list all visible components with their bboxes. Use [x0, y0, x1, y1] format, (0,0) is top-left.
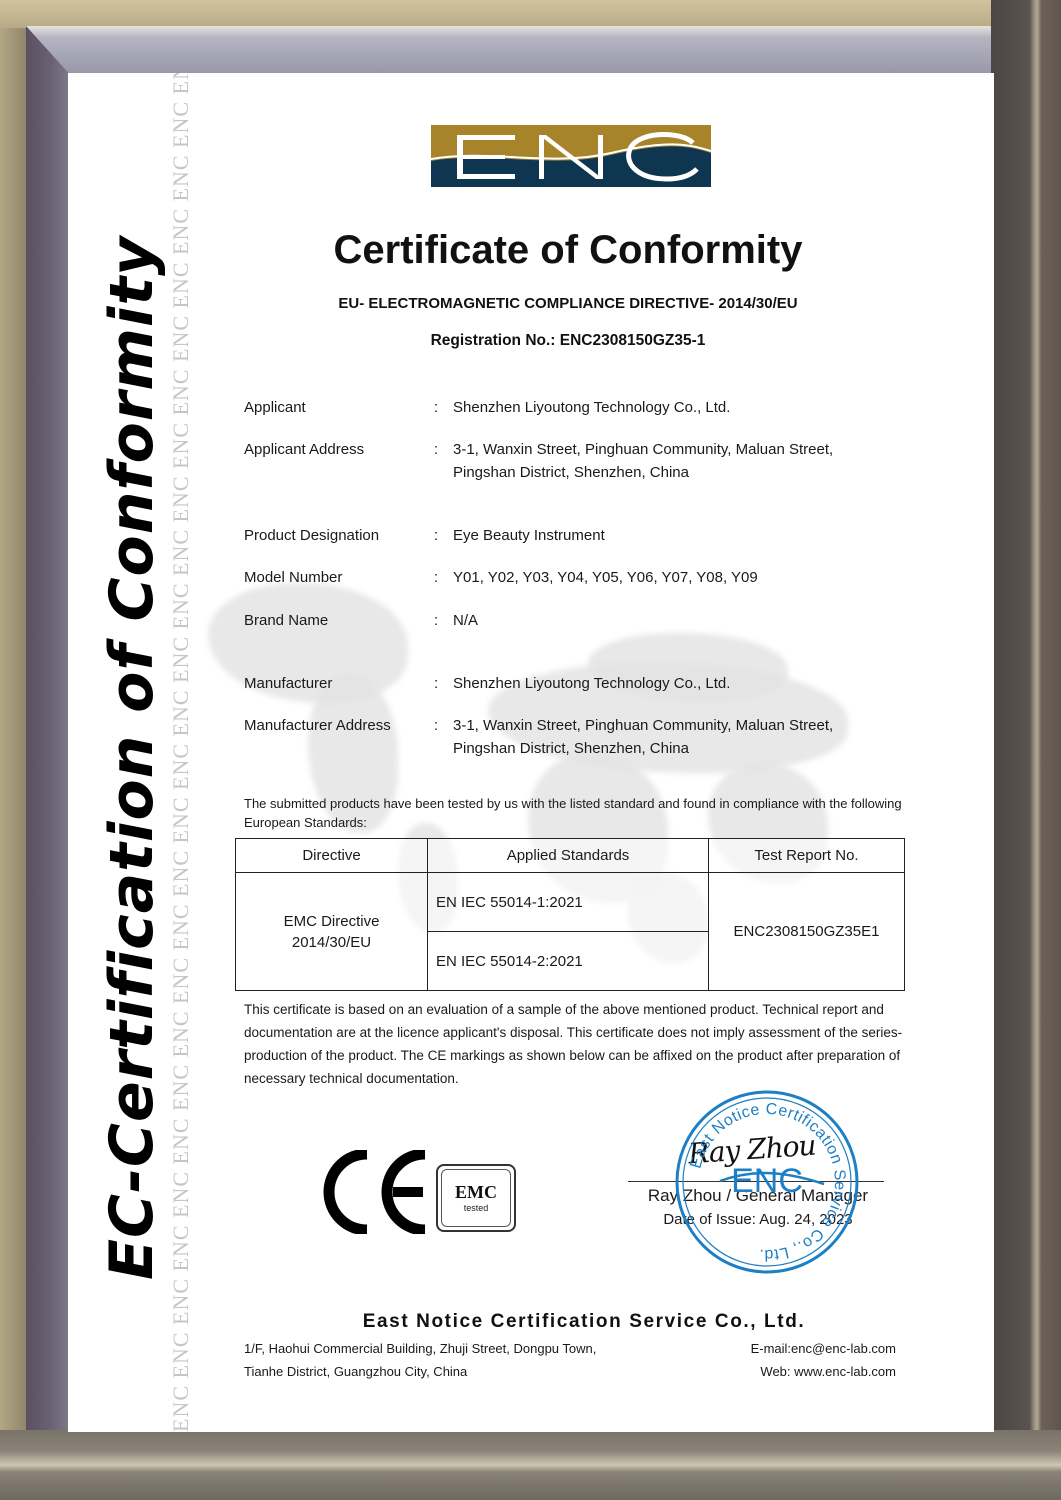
field-colon: : [434, 397, 454, 420]
company-seal-stamp-icon: East Notice Certification Service Co., L… [674, 1089, 860, 1275]
field-colon: : [434, 715, 454, 738]
certificate-title: Certificate of Conformity [228, 228, 908, 273]
table-header-row: Directive Applied Standards Test Report … [236, 839, 905, 873]
emc-badge-title: EMC [442, 1183, 510, 1201]
field-value: 3-1, Wanxin Street, Pinghuan Community, … [453, 439, 863, 484]
issuer-address-line2: Tianhe District, Guangzhou City, China [244, 1364, 467, 1379]
enc-watermark-text: ENC ENC ENC ENC ENC ENC ENC ENC ENC ENC … [168, 73, 194, 1432]
frame-top-bevel [26, 26, 1036, 73]
certificate-paper: ENC ENC ENC ENC ENC ENC ENC ENC ENC ENC … [68, 73, 994, 1432]
field-colon: : [434, 567, 454, 590]
directive-name: EMC Directive [236, 911, 427, 932]
directive-cell: EMC Directive 2014/30/EU [236, 873, 428, 991]
date-of-issue: Date of Issue: Aug. 24, 2023 [608, 1211, 908, 1228]
report-number-cell: ENC2308150GZ35E1 [709, 873, 905, 991]
handwritten-signature: Ray Zhou [687, 1129, 817, 1171]
vertical-title: EC-Certification of Conformity [96, 168, 168, 1348]
header-test-report: Test Report No. [709, 839, 905, 873]
compliance-intro: The submitted products have been tested … [244, 795, 924, 832]
issuer-company-name: East Notice Certification Service Co., L… [244, 1311, 924, 1333]
standards-table: Directive Applied Standards Test Report … [235, 838, 905, 991]
enc-watermark-column: ENC ENC ENC ENC ENC ENC ENC ENC ENC ENC … [168, 73, 194, 1432]
signature-line [628, 1181, 884, 1182]
field-value: Eye Beauty Instrument [453, 525, 923, 548]
field-label: Manufacturer [244, 673, 434, 696]
issuer-email: E-mail:enc@enc-lab.com [751, 1341, 896, 1356]
field-colon: : [434, 610, 454, 633]
field-colon: : [434, 439, 454, 462]
field-label: Applicant [244, 397, 434, 420]
enc-logo [431, 125, 711, 187]
field-value: 3-1, Wanxin Street, Pinghuan Community, … [453, 715, 863, 760]
header-directive: Directive [236, 839, 428, 873]
field-value: N/A [453, 610, 923, 633]
frame-left-edge [0, 0, 28, 1500]
standard-cell: EN IEC 55014-1:2021 [428, 873, 709, 932]
issuer-website: Web: www.enc-lab.com [760, 1364, 896, 1379]
directive-number: 2014/30/EU [236, 932, 427, 953]
field-value: Y01, Y02, Y03, Y04, Y05, Y06, Y07, Y08, … [453, 567, 923, 590]
header-applied-standards: Applied Standards [428, 839, 709, 873]
ce-mark-icon [323, 1150, 429, 1234]
field-colon: : [434, 525, 454, 548]
field-label: Brand Name [244, 610, 434, 633]
frame-right-edge [991, 0, 1061, 1500]
disclaimer-text: This certificate is based on an evaluati… [244, 998, 920, 1090]
field-label: Model Number [244, 567, 434, 590]
field-label: Applicant Address [244, 439, 434, 462]
field-colon: : [434, 673, 454, 696]
directive-subtitle: EU- ELECTROMAGNETIC COMPLIANCE DIRECTIVE… [228, 295, 908, 312]
emc-badge-subtitle: tested [442, 1203, 510, 1213]
field-label: Manufacturer Address [244, 715, 434, 738]
signer-name-title: Ray Zhou / General Manager [608, 1186, 908, 1206]
field-value: Shenzhen Liyoutong Technology Co., Ltd. [453, 673, 923, 696]
standard-cell: EN IEC 55014-2:2021 [428, 932, 709, 991]
issuer-address-line1: 1/F, Haohui Commercial Building, Zhuji S… [244, 1341, 596, 1356]
frame-bottom-edge [0, 1430, 1061, 1500]
field-label: Product Designation [244, 525, 434, 548]
registration-number: Registration No.: ENC2308150GZ35-1 [228, 332, 908, 350]
field-value: Shenzhen Liyoutong Technology Co., Ltd. [453, 397, 923, 420]
emc-tested-badge: EMC tested [436, 1164, 516, 1232]
frame-left-bevel [26, 26, 68, 1476]
table-row: EMC Directive 2014/30/EU EN IEC 55014-1:… [236, 873, 905, 932]
frame-top-edge [0, 0, 1061, 28]
